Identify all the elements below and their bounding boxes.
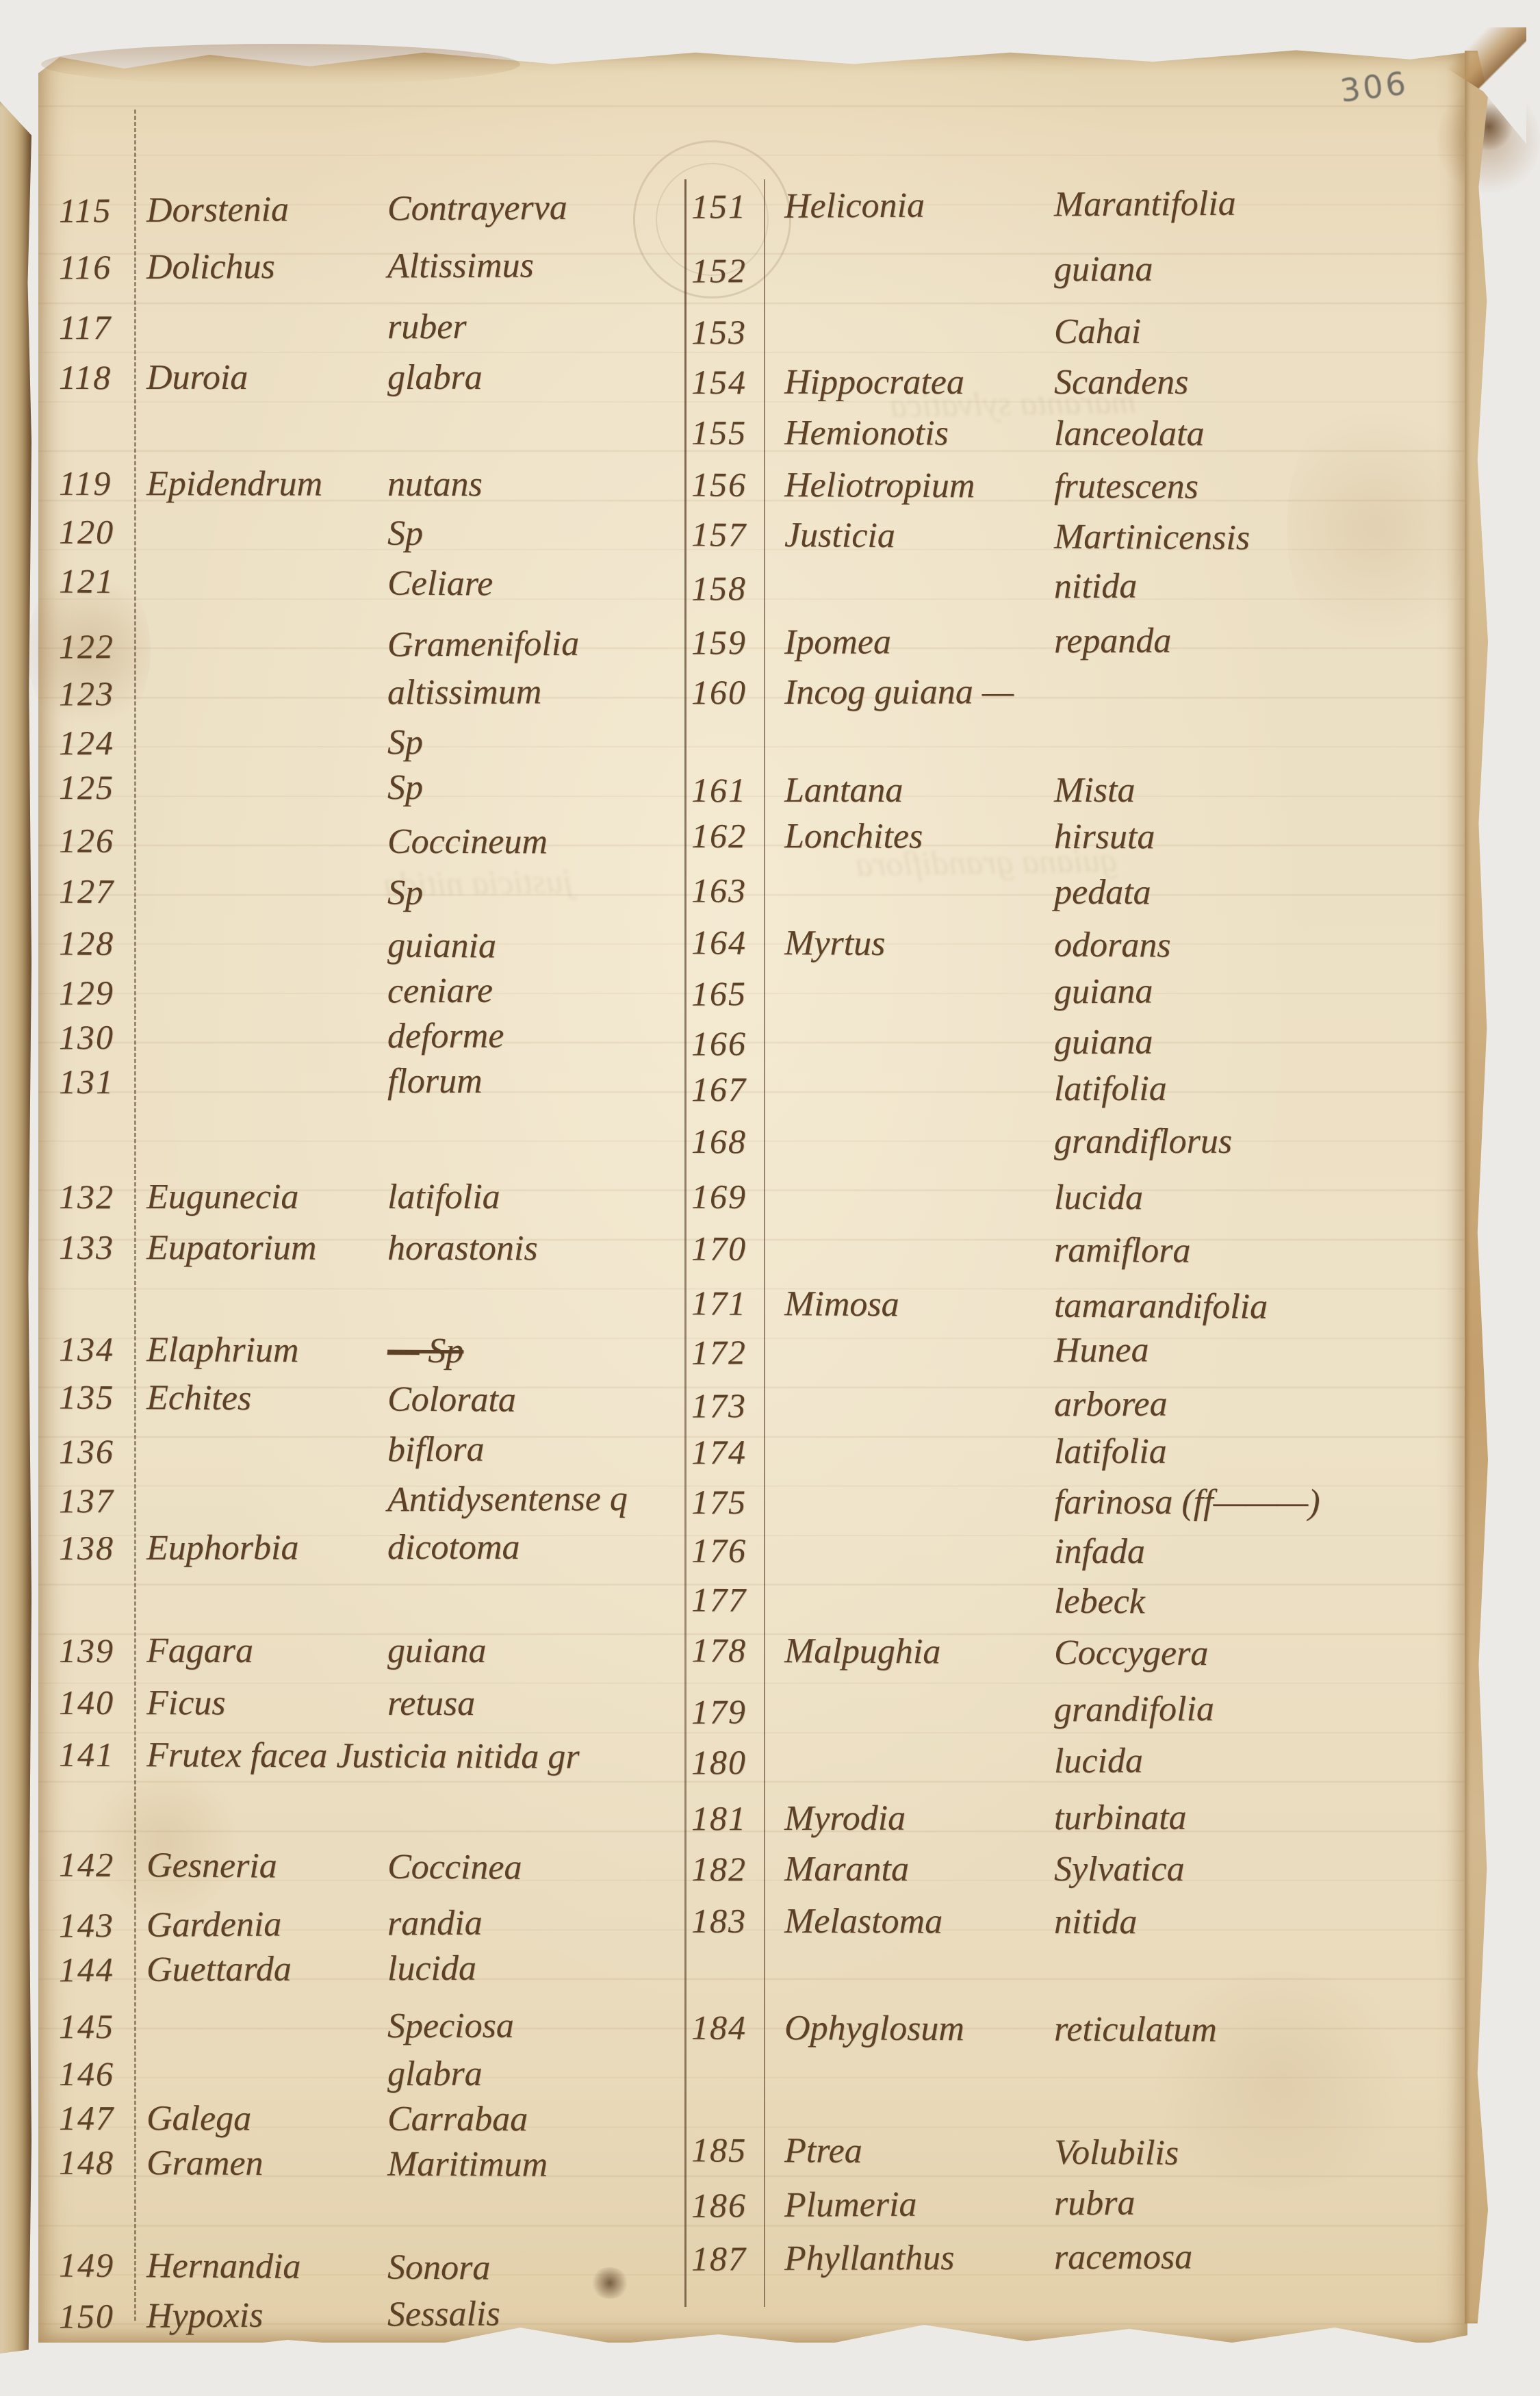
entry-genus: Ophyglosum xyxy=(784,2008,964,2049)
ledger-row: 167latifolia xyxy=(0,1068,1540,1130)
entry-number: 171 xyxy=(691,1283,747,1323)
ledger-row: 151HeliconiaMarantifolia xyxy=(0,181,1540,250)
entry-species: nitida xyxy=(1054,1902,1137,1942)
ledger-row: 178MalpughiaCoccygera xyxy=(0,1626,1540,1694)
entry-species: Coccygera xyxy=(1054,1633,1209,1674)
entry-number: 155 xyxy=(691,413,747,453)
entry-species: lebeck xyxy=(1054,1581,1145,1622)
entry-genus: Mimosa xyxy=(784,1284,899,1325)
entry-genus: Malpughia xyxy=(784,1631,941,1672)
entry-number: 151 xyxy=(691,186,747,227)
entry-genus: Heliotropium xyxy=(784,465,975,506)
entry-species: Volubilis xyxy=(1054,2132,1179,2174)
entry-species: Marantifolia xyxy=(1054,183,1236,225)
entry-species: Cahai xyxy=(1054,311,1141,352)
entry-number: 165 xyxy=(691,973,747,1014)
entry-number: 176 xyxy=(691,1531,747,1570)
entry-number: 175 xyxy=(691,1482,747,1522)
entry-number: 187 xyxy=(691,2239,747,2278)
entry-species: ramiflora xyxy=(1054,1230,1191,1271)
entry-genus: Phyllanthus xyxy=(784,2238,955,2279)
entry-number: 164 xyxy=(691,922,747,963)
entry-number: 180 xyxy=(691,1742,747,1782)
entry-species: Mista xyxy=(1054,770,1135,811)
entry-number: 168 xyxy=(691,1121,747,1161)
entry-genus: Ipomea xyxy=(784,622,891,663)
entry-number: 184 xyxy=(691,2008,747,2048)
entry-number: 166 xyxy=(691,1023,747,1063)
entry-species: Sylvatica xyxy=(1054,1849,1185,1889)
entry-genus: Lonchites xyxy=(784,816,923,856)
entry-genus: Hemionotis xyxy=(784,413,949,454)
entry-number: 179 xyxy=(691,1692,747,1732)
entry-species: grandifolia xyxy=(1054,1689,1214,1730)
entry-number: 163 xyxy=(691,871,747,910)
entry-genus: Hypoxis xyxy=(146,2295,264,2336)
entry-species: infada xyxy=(1054,1531,1145,1572)
entry-number: 154 xyxy=(691,362,747,402)
ledger-row: 182MarantaSylvatica xyxy=(0,1849,1540,1908)
ledger-row: 187Phyllanthusracemosa xyxy=(0,2235,1540,2300)
ledger-row: 168grandiflorus xyxy=(0,1121,1540,1180)
entry-number: 169 xyxy=(691,1177,747,1216)
entry-species: tamarandifolia xyxy=(1054,1286,1268,1327)
entry-number: 170 xyxy=(691,1229,747,1269)
entry-number: 183 xyxy=(691,1901,747,1941)
entry-species: lucida xyxy=(1054,1741,1143,1782)
entry-number: 153 xyxy=(691,312,747,352)
entry-species: odorans xyxy=(1054,925,1171,966)
entry-species: lucida xyxy=(1054,1177,1143,1218)
entry-species: lanceolata xyxy=(1054,413,1205,454)
entry-species: nitida xyxy=(1054,566,1138,607)
entry-number: 160 xyxy=(691,672,747,712)
entry-species: Hunea xyxy=(1054,1330,1149,1371)
entry-species: arborea xyxy=(1054,1384,1168,1425)
entry-species: rubra xyxy=(1054,2183,1135,2224)
entry-number: 167 xyxy=(691,1069,747,1109)
ledger-row: 183Melastomanitida xyxy=(0,1900,1540,1962)
entry-species: latifolia xyxy=(1054,1431,1167,1472)
entry-number: 181 xyxy=(691,1798,747,1838)
entry-species: reticulatum xyxy=(1054,2009,1217,2050)
entry-species: guiana xyxy=(1054,1022,1153,1063)
entry-genus: Melastoma xyxy=(784,1901,942,1941)
entry-species: latifolia xyxy=(1054,1069,1167,1109)
entry-species: racemosa xyxy=(1054,2236,1192,2278)
entry-species: turbinata xyxy=(1054,1798,1187,1838)
entry-species: frutescens xyxy=(1054,466,1198,507)
entry-species: grandiflorus xyxy=(1054,1121,1232,1162)
entry-number: 156 xyxy=(691,465,747,505)
entry-species: Scandens xyxy=(1054,362,1188,403)
entry-text: Incog guiana — xyxy=(784,672,1014,713)
entry-genus: Myrtus xyxy=(784,923,886,964)
entry-number: 157 xyxy=(691,514,747,555)
entry-number: 174 xyxy=(691,1432,747,1472)
entry-number: 177 xyxy=(691,1580,747,1620)
ledger-row: 160Incog guiana — xyxy=(0,671,1540,733)
entry-genus: Justicia xyxy=(784,515,895,556)
entry-number: 182 xyxy=(691,1849,747,1889)
entry-genus: Myrodia xyxy=(784,1798,906,1839)
entry-species: repanda xyxy=(1054,621,1172,662)
entry-species: pedata xyxy=(1054,872,1151,913)
entry-number: 158 xyxy=(691,568,747,609)
entry-number: 152 xyxy=(691,251,747,290)
entry-number: 185 xyxy=(691,2130,747,2170)
entry-genus: Plumeria xyxy=(784,2184,917,2226)
entry-number: 161 xyxy=(691,770,747,810)
entry-number: 162 xyxy=(691,816,747,856)
entry-number: 178 xyxy=(691,1630,747,1670)
entry-species: Sessalis xyxy=(387,2293,500,2334)
entry-genus: Ptrea xyxy=(784,2130,862,2171)
entry-species: guiana xyxy=(1054,249,1153,290)
entry-genus: Maranta xyxy=(784,1849,909,1889)
entry-number: 172 xyxy=(691,1332,747,1373)
entry-species: farinosa (ff———) xyxy=(1054,1482,1320,1522)
ledger-row: 152guiana xyxy=(0,247,1540,312)
entry-number: 159 xyxy=(691,622,747,662)
ledger-row: 162Lonchiteshirsuta xyxy=(0,815,1540,877)
entry-species: hirsuta xyxy=(1054,817,1155,857)
entry-number: 186 xyxy=(691,2185,747,2226)
entry-genus: Heliconia xyxy=(784,186,925,227)
entry-species: guiana xyxy=(1054,971,1153,1012)
entry-species: Martinicensis xyxy=(1054,517,1250,559)
entry-genus: Hippocratea xyxy=(784,362,964,403)
ledger-row: 180lucida xyxy=(0,1739,1540,1804)
ledger-row: 184Ophyglosumreticulatum xyxy=(0,2004,1540,2069)
entry-genus: Lantana xyxy=(784,770,903,811)
entry-number: 150 xyxy=(59,2296,114,2336)
entry-number: 173 xyxy=(691,1386,747,1425)
